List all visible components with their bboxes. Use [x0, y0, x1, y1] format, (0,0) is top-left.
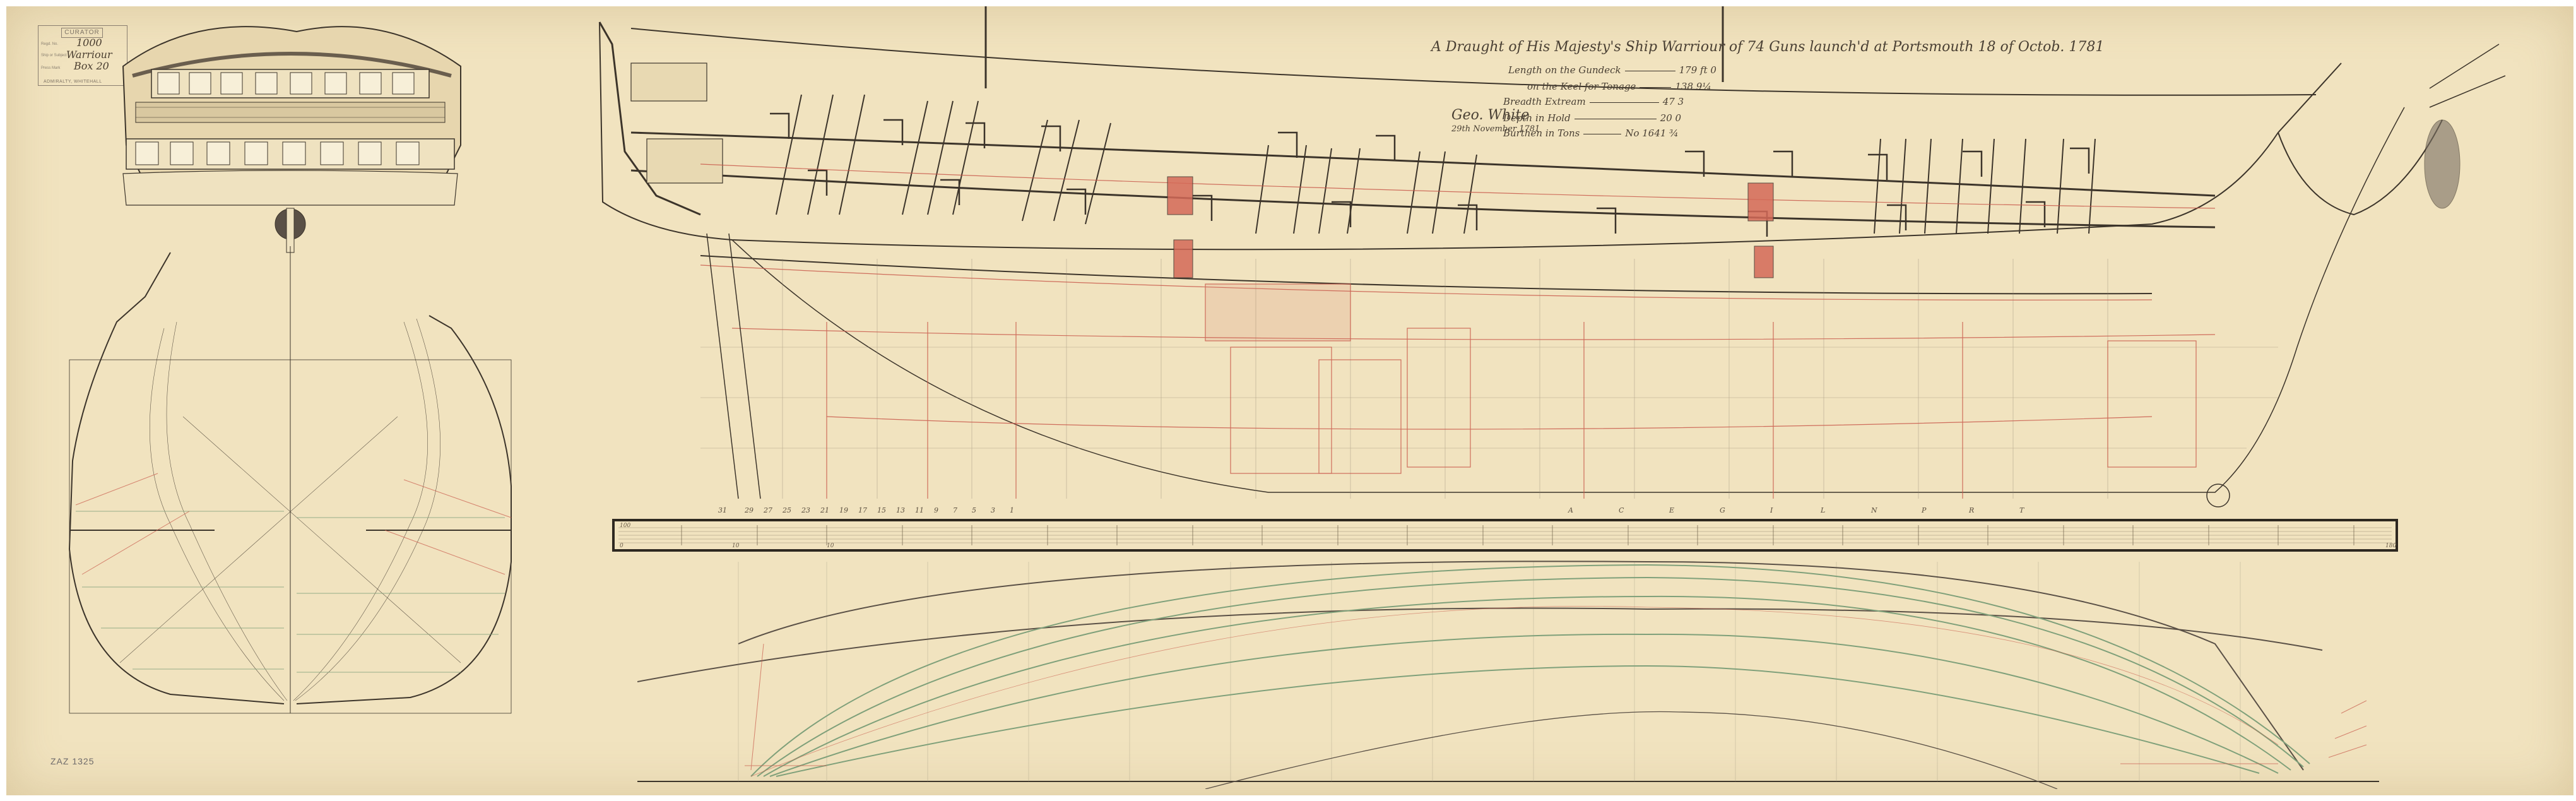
- half-breadth-plan: [637, 555, 2404, 789]
- drawing-title: A Draught of His Majesty's Ship Warriour…: [1431, 39, 2104, 55]
- scale-label: 10: [827, 543, 834, 549]
- dim-value: 47 3: [1663, 96, 1684, 107]
- station-label: C: [1619, 506, 1624, 514]
- draught-sheet: CURATOR Regd. No. 1000 Ship or Subject W…: [6, 6, 2573, 795]
- dim-value: 179 ft 0: [1679, 64, 1716, 76]
- scale-label: 10: [732, 543, 739, 549]
- station-label: 3: [991, 506, 995, 514]
- scale-label: 100: [620, 523, 630, 529]
- station-label: 9: [934, 506, 938, 514]
- station-label: N: [1871, 506, 1877, 514]
- station-label: P: [1922, 506, 1926, 514]
- station-label: L: [1821, 506, 1825, 514]
- stern-and-body-plan: [6, 6, 574, 795]
- scale-label: 0: [620, 543, 623, 549]
- station-label: 15: [877, 506, 886, 514]
- signature-date: 29th November 1781: [1451, 124, 1540, 134]
- dim-breadth: Breadth Extream47 3: [1503, 96, 1684, 107]
- station-label: 1: [1010, 506, 1014, 514]
- dim-value: 20 0: [1660, 112, 1681, 124]
- station-label: R: [1969, 506, 1974, 514]
- dim-label: Length on the Gundeck: [1508, 64, 1621, 76]
- signature-name: Geo. White: [1451, 107, 1540, 123]
- station-label: 5: [972, 506, 976, 514]
- station-label: 13: [896, 506, 905, 514]
- dim-label: Breadth Extream: [1503, 96, 1586, 107]
- station-label: 25: [783, 506, 791, 514]
- dim-keel-tonnage: on the Keel for Tonage138 9¼: [1527, 81, 1711, 92]
- signature: Geo. White 29th November 1781: [1451, 107, 1540, 134]
- station-label: E: [1669, 506, 1674, 514]
- dim-label: on the Keel for Tonage: [1527, 81, 1636, 92]
- station-label: 27: [764, 506, 772, 514]
- station-label: 17: [858, 506, 867, 514]
- station-label: 11: [915, 506, 924, 514]
- station-label: T: [2019, 506, 2024, 514]
- station-label: 19: [839, 506, 848, 514]
- station-label: G: [1720, 506, 1725, 514]
- dim-length-gundeck: Length on the Gundeck179 ft 0: [1508, 64, 1716, 76]
- scale-label: 180: [2385, 543, 2396, 549]
- station-label: I: [1770, 506, 1773, 514]
- station-label: 23: [801, 506, 810, 514]
- station-label: 21: [820, 506, 829, 514]
- dim-value: No 1641 ¾: [1625, 128, 1678, 139]
- scale-bar: [612, 519, 2398, 552]
- station-label: 7: [953, 506, 957, 514]
- station-label: 29: [745, 506, 753, 514]
- station-label: 31: [718, 506, 727, 514]
- station-label: A: [1568, 506, 1573, 514]
- dim-value: 138 9¼: [1675, 81, 1711, 92]
